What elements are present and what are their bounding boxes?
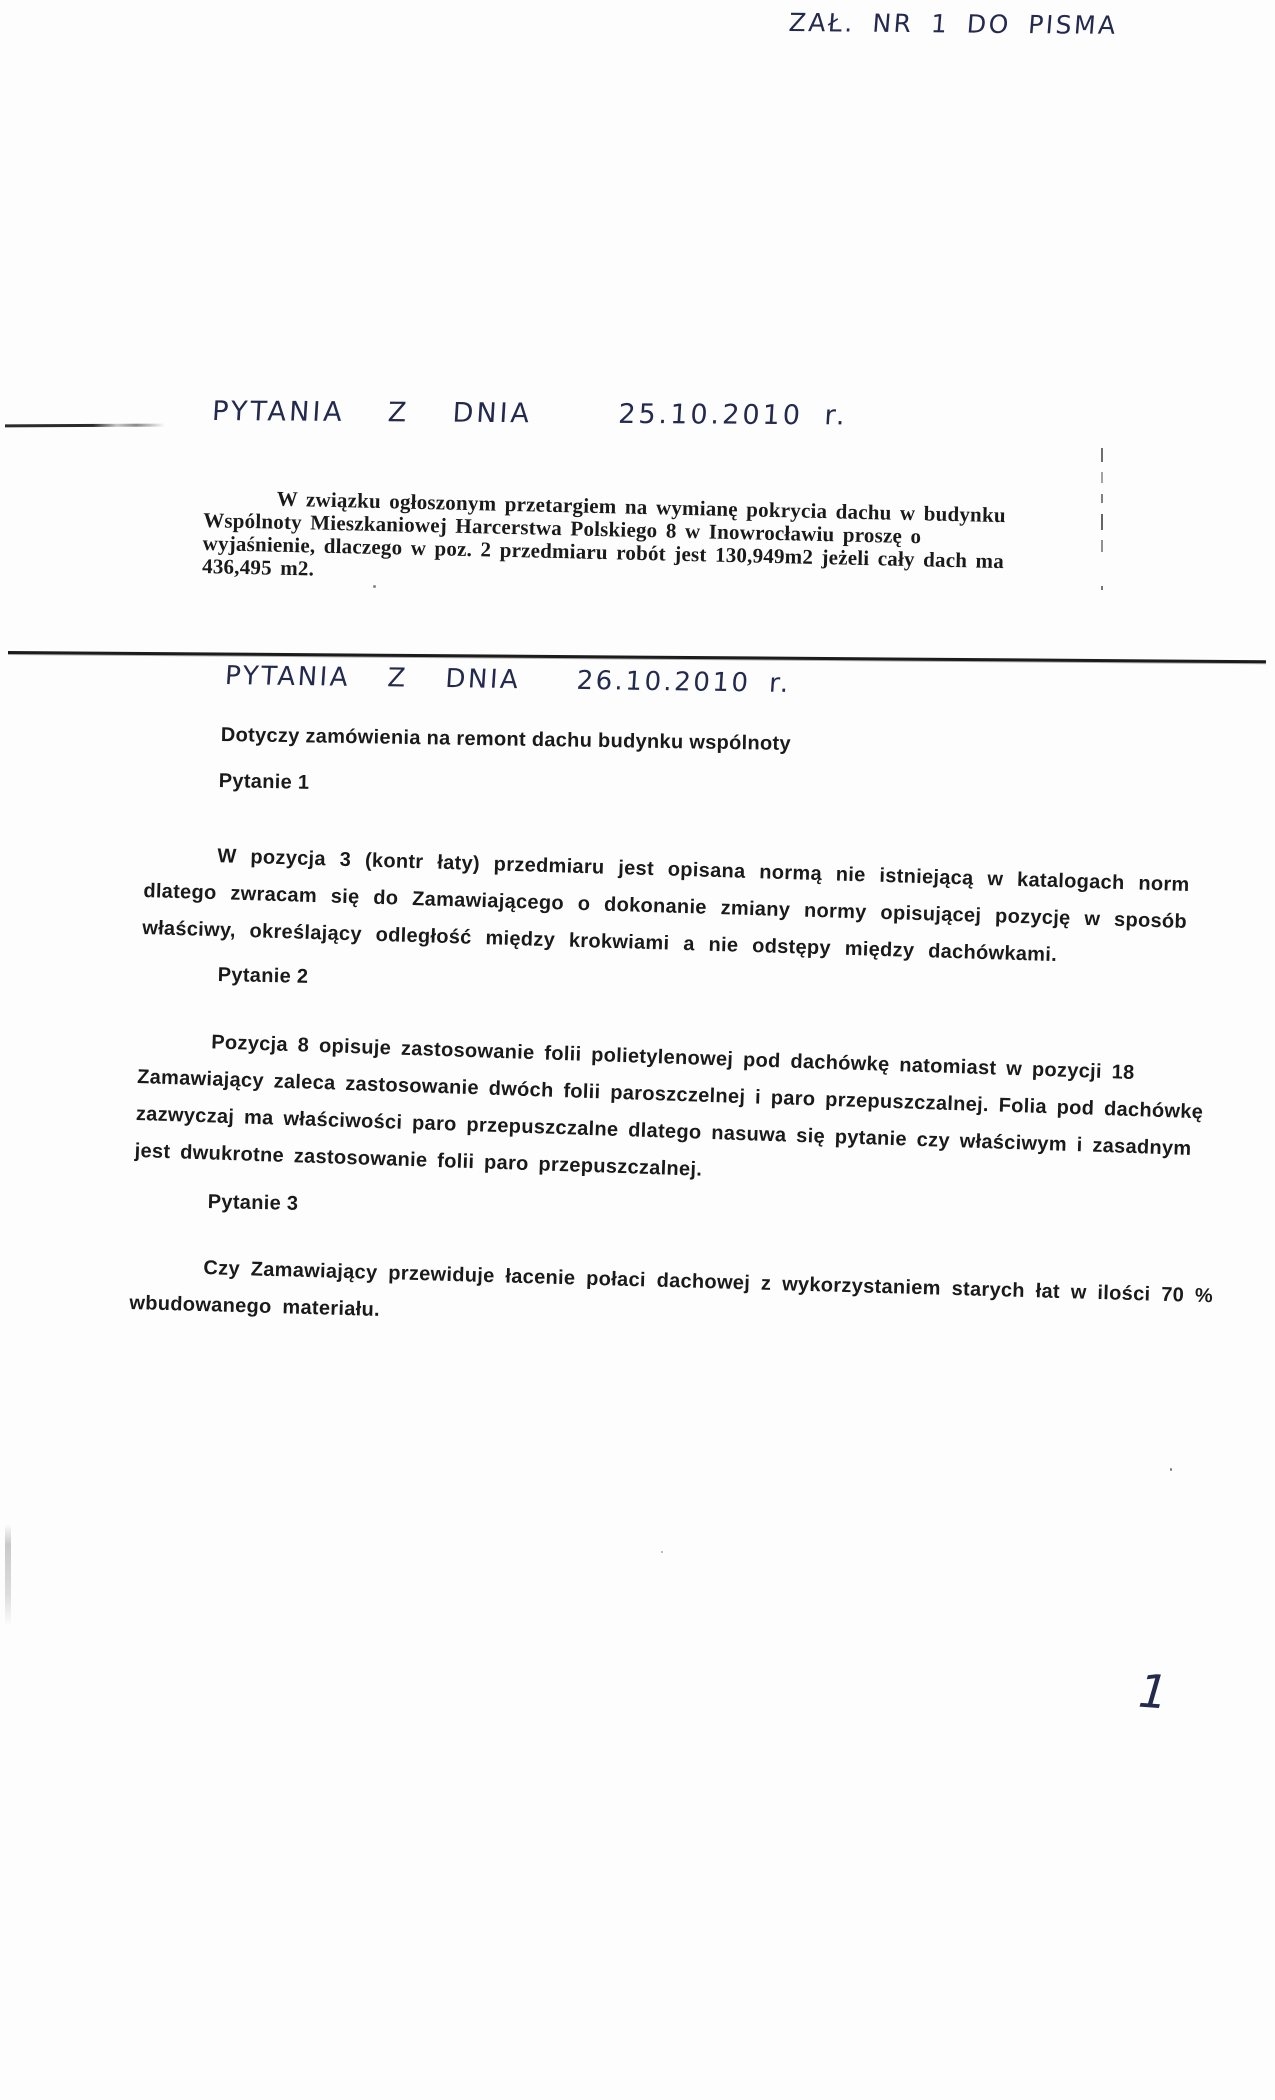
question-2-paragraph: Pozycja 8 opisuje zastosowanie folii pol… (134, 1022, 1193, 1205)
question-1-heading: Pytanie 1 (219, 770, 310, 795)
scanned-letter-page: ZAŁ. NR 1 DO PISMA PYTANIA Z DNIA 25.10.… (0, 0, 1275, 2100)
scan-artifact-speck (373, 585, 376, 588)
question-3-paragraph: Czy Zamawiający przewiduje łacenie połac… (129, 1248, 1191, 1352)
scan-artifact-speck (1170, 1468, 1172, 1471)
question-3-heading: Pytanie 3 (208, 1191, 299, 1216)
handwritten-page-number: 1 (1131, 1664, 1175, 1719)
scan-artifact-left-streak (5, 1524, 11, 1626)
scan-artifact-margin-marks (1101, 448, 1105, 598)
question-1-paragraph: W pozycja 3 (kontr łaty) przedmiaru jest… (142, 836, 1185, 978)
question-2-heading: Pytanie 2 (218, 964, 309, 989)
scan-artifact-speck (661, 1551, 663, 1553)
handwritten-heading-questions-oct26: PYTANIA Z DNIA 26.10.2010 r. (224, 661, 792, 699)
handwritten-attachment-note: ZAŁ. NR 1 DO PISMA (788, 8, 1119, 40)
section-divider-line (8, 651, 1266, 663)
intro-paragraph: W związku ogłoszonym przetargiem na wymi… (202, 486, 1109, 599)
subject-line: Dotyczy zamówienia na remont dachu budyn… (221, 724, 791, 756)
left-margin-dash-line (5, 424, 165, 428)
handwritten-heading-questions-oct25: PYTANIA Z DNIA 25.10.2010 r. (211, 396, 848, 431)
